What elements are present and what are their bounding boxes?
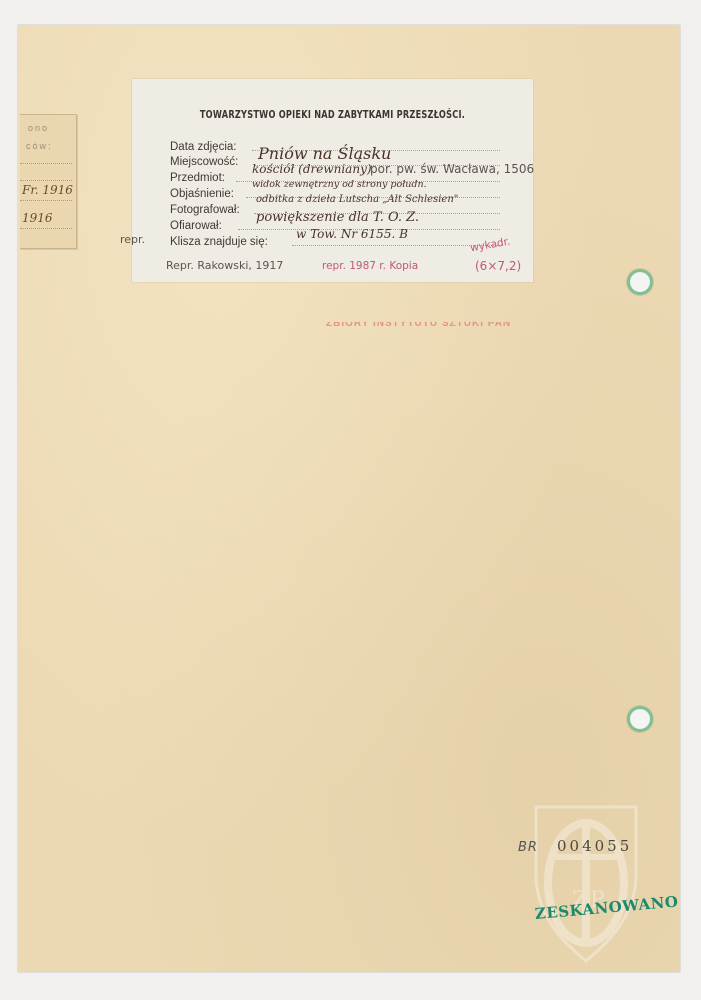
field-value: widok zewnętrzny od strony połudn. bbox=[252, 179, 427, 190]
field-label: Klisza znajduje się: bbox=[170, 236, 268, 248]
slip-printed-2: ców: bbox=[26, 141, 53, 151]
field-value: powiększenie dla T. O. Z. bbox=[256, 210, 419, 225]
attached-side-slip: ono ców: Fr. 1916 1916 bbox=[20, 114, 77, 249]
record-card: ono ców: Fr. 1916 1916 TOWARZYSTWO OPIEK… bbox=[18, 25, 680, 972]
punch-hole-top bbox=[630, 272, 650, 292]
field-value: kościół (drewniany) bbox=[252, 162, 372, 176]
field-label: Objaśnienie: bbox=[170, 188, 234, 200]
society-label: TOWARZYSTWO OPIEKI NAD ZABYTKAMI PRZESZŁ… bbox=[132, 79, 533, 282]
field-label: Miejscowość: bbox=[170, 156, 238, 168]
field-value: Pniów na Śląsku bbox=[258, 144, 391, 163]
repro-note: Repr. Rakowski, 1917 bbox=[166, 259, 283, 272]
dotted-line bbox=[20, 180, 72, 181]
repro-prefix: repr. bbox=[120, 233, 145, 246]
field-annotation: por. pw. św. Wacława, 1506 bbox=[370, 162, 534, 176]
field-label: Ofiarował: bbox=[170, 220, 222, 232]
inventory-number: 004055 bbox=[557, 837, 632, 855]
slip-handwritten-2: 1916 bbox=[22, 211, 53, 225]
field-label: Fotografował: bbox=[170, 204, 240, 216]
field-label: Przedmiot: bbox=[170, 172, 225, 184]
pink-size-note: (6×7,2) bbox=[475, 259, 521, 273]
dotted-line bbox=[20, 163, 72, 164]
punch-hole-bottom bbox=[630, 709, 650, 729]
inventory-prefix: BR bbox=[518, 840, 538, 855]
dotted-line bbox=[20, 200, 72, 201]
dotted-line bbox=[20, 228, 72, 229]
slip-printed-1: ono bbox=[28, 123, 49, 133]
label-header: TOWARZYSTWO OPIEKI NAD ZABYTKAMI PRZESZŁ… bbox=[176, 109, 489, 121]
shield-watermark-icon: Z P bbox=[532, 805, 640, 963]
institute-stamp: ZBIORY INSTYTUTU SZTUKI PAN bbox=[326, 318, 511, 329]
pink-repro-note: repr. 1987 r. Kopia bbox=[322, 260, 418, 272]
field-value: odbitka z dzieła Lutscha „Alt Schlesien" bbox=[256, 194, 458, 205]
slip-handwritten-1: Fr. 1916 bbox=[22, 183, 73, 197]
field-negative: Klisza znajduje się: w Tow. Nr 6155. B bbox=[170, 232, 500, 246]
field-value: w Tow. Nr 6155. B bbox=[296, 227, 408, 241]
